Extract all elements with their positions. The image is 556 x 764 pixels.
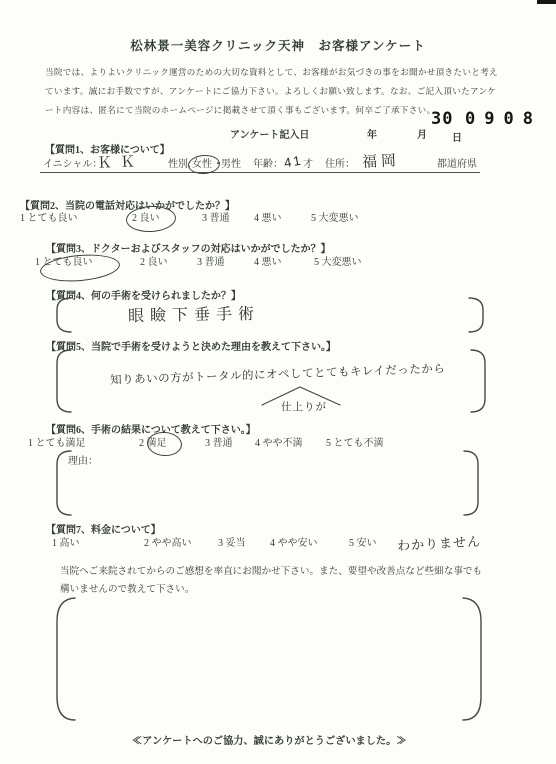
q4-answer-handwritten: 眼瞼下垂手術 [128, 301, 260, 326]
q3-option-2: 2 良い [140, 256, 168, 269]
feedback-bracket-right [461, 597, 483, 721]
day-label: 日 [452, 129, 462, 144]
survey-date-label: アンケート記入日 [230, 126, 309, 141]
q6-option-1: 1 とても満足 [28, 437, 86, 450]
q3-option-3: 3 普通 [197, 256, 225, 269]
q7-answer-handwritten: わかりません [397, 531, 482, 554]
scan-artifact-mark [537, 0, 556, 4]
feedback-prompt-line-1: 当院へご来院されてからのご感想を率直にお聞かせ下さい。また、要望や改善点など些細… [60, 565, 482, 578]
q6-header: 【質問6、手術の結果について教えて下さい。】 [46, 421, 256, 436]
q6-option-4: 4 やや不満 [255, 437, 303, 450]
address-suffix: 都道府県 [437, 158, 477, 171]
closing-note: ≪アンケートへのご協力、誠にありがとうございました。≫ [132, 732, 406, 747]
answer-bracket-left [55, 297, 73, 333]
q7-header: 【質問7、料金について】 [46, 521, 161, 536]
age-label: 年齢： [253, 158, 283, 171]
q7-option-5: 5 安い [349, 537, 377, 550]
feedback-prompt-line-2: 構いませんので教えて下さい。 [60, 583, 194, 596]
feedback-bracket-left [55, 597, 77, 721]
initial-value-handwritten: ＫＫ [97, 150, 144, 173]
q5-answer-part2: キレイだったから [350, 363, 446, 378]
q7-option-4: 4 やや安い [270, 537, 318, 550]
intro-line-3: ート内容は、匿名にて当院のホームページに掲載させて頂く事もございます。何卒ご了承… [45, 104, 435, 116]
gender-selection-circle [187, 154, 220, 175]
q5-insertion-handwritten: 仕上りが [281, 399, 327, 414]
intro-line-2: ています。誠にお手数ですが、アンケートにご協力下さい。よろしくお願い致します。な… [45, 85, 496, 97]
q7-option-2: 2 やや高い [144, 537, 192, 550]
address-value-handwritten: 福岡 [361, 149, 400, 172]
year-label: 年 [367, 126, 377, 141]
q6-option-5: 5 とても不満 [326, 437, 384, 450]
q4-header: 【質問4、何の手術を受けられましたか？】 [46, 287, 241, 302]
q3-header: 【質問3、ドクターおよびスタッフの対応はいかがでしたか？】 [46, 240, 331, 255]
answer-bracket-right [469, 349, 487, 413]
answer-bracket-right [462, 450, 480, 516]
q2-option-5: 5 大変悪い [311, 212, 359, 225]
form-title: 松林景一美容クリニック天神 お客様アンケート [0, 36, 556, 54]
q2-option-3: 3 普通 [202, 212, 230, 225]
q6-option-3: 3 普通 [205, 437, 233, 450]
date-stamp: 0908 [465, 109, 542, 129]
answer-bracket-right [467, 297, 485, 333]
q2-option-1: 1 とても良い [20, 212, 78, 225]
answer-bracket-left [55, 349, 73, 413]
q3-option-4: 4 悪い [254, 256, 282, 269]
reason-label: 理由： [68, 455, 98, 468]
month-label: 月 [417, 126, 427, 141]
q3-option-5: 5 大変悪い [314, 256, 362, 269]
age-value-handwritten: 41 [283, 153, 304, 171]
address-label: 住所： [325, 158, 355, 171]
gender-option-male: 男性 [221, 158, 241, 171]
intro-line-1: 当院では、よりよいクリニック運営のための大切な資料として、お客様がお気づきの事を… [45, 66, 498, 78]
q2-header: 【質問2、当院の電話対応はいかがでしたか？】 [20, 197, 235, 212]
q1-field-row: イニシャル： ＫＫ 性別: 女性 ・ 男性 年齢： 41 才 住所： 福岡 都道… [40, 155, 480, 173]
scanned-survey-page: 松林景一美容クリニック天神 お客様アンケート 当院では、よりよいクリニック運営の… [0, 0, 556, 764]
age-unit: 才 [303, 158, 313, 171]
q2-option-4: 4 悪い [254, 212, 282, 225]
date-stamp: 30 [431, 109, 453, 129]
q7-option-1: 1 高い [52, 537, 80, 550]
feedback-box [77, 597, 461, 721]
initial-label: イニシャル： [43, 158, 102, 171]
q7-option-3: 3 妥当 [218, 537, 246, 550]
q5-header: 【質問5、当院で手術を受けようと決めた理由を教えて下さい。】 [46, 338, 336, 353]
